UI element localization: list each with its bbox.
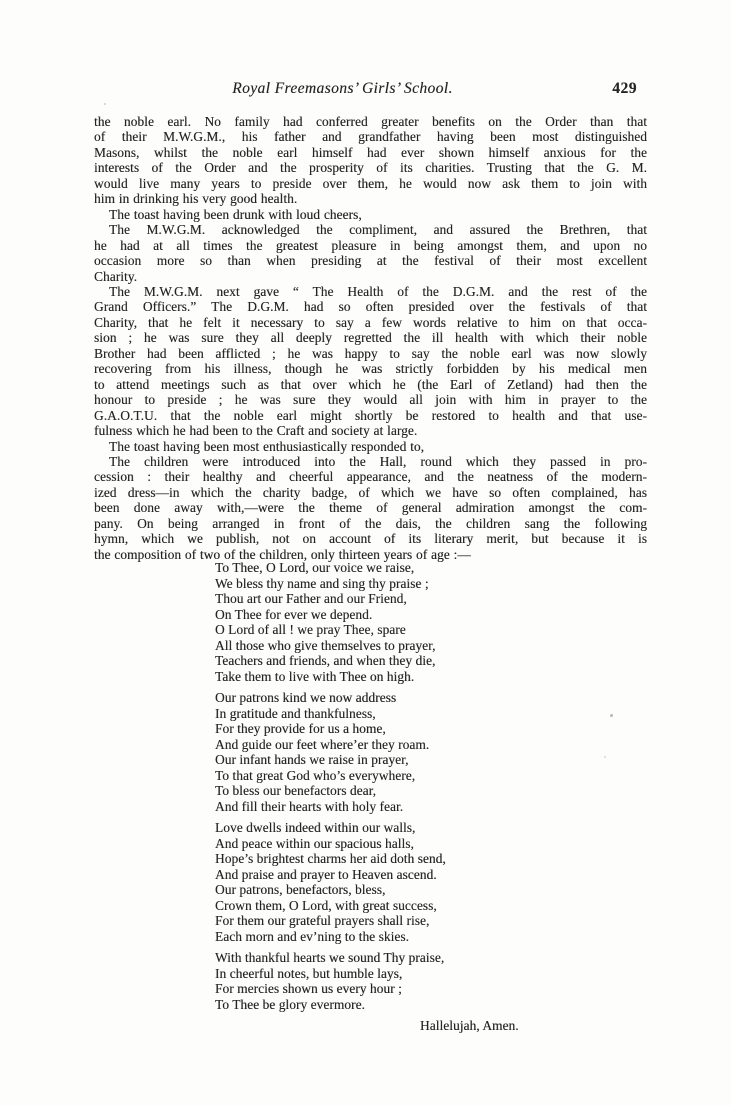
ink-speck [104, 103, 106, 105]
text-line: The toast having been most enthusiastica… [94, 439, 647, 454]
hymn-line: Our infant hands we raise in prayer, [215, 752, 635, 768]
hymn-line: Teachers and friends, and when they die, [215, 653, 635, 669]
hymn-line: All those who give themselves to prayer, [215, 638, 635, 654]
text-line: been done away with,—were the theme of g… [94, 500, 647, 515]
text-line: ized dress—in which the charity badge, o… [94, 485, 647, 500]
paragraph: The toast having been most enthusiastica… [94, 439, 647, 454]
text-line: he had at all times the greatest pleasur… [94, 238, 647, 253]
hymn-line: On Thee for ever we depend. [215, 607, 635, 623]
hymn-line: Hope’s brightest charms her aid doth sen… [215, 851, 635, 867]
text-line: sion ; he was sure they all deeply regre… [94, 330, 647, 345]
text-line: Charity, that he felt it necessary to sa… [94, 315, 647, 330]
text-line: to attend meetings such as that over whi… [94, 377, 647, 392]
text-line: occasion more so than when presiding at … [94, 253, 647, 268]
text-line: of their M.W.G.M., his father and grandf… [94, 129, 647, 144]
text-line: cession : their healthy and cheerful app… [94, 469, 647, 484]
hymn-line: With thankful hearts we sound Thy praise… [215, 950, 635, 966]
text-line: fulness which he had been to the Craft a… [94, 423, 647, 438]
hymn-line: To Thee, O Lord, our voice we raise, [215, 560, 635, 576]
hymn-line: Love dwells indeed within our walls, [215, 820, 635, 836]
text-line: Grand Officers.” The D.G.M. had so often… [94, 299, 647, 314]
hymn-stanza: Our patrons kind we now addressIn gratit… [215, 690, 635, 814]
paragraph: The M.W.G.M. acknowledged the compliment… [94, 222, 647, 284]
text-line: The toast having been drunk with loud ch… [94, 207, 647, 222]
hymn-closing: Hallelujah, Amen. [420, 1018, 635, 1034]
running-header-title: Royal Freemasons’ Girls’ School. [232, 80, 453, 98]
text-line: honour to preside ; he was sure they wou… [94, 392, 647, 407]
hymn-line: Take them to live with Thee on high. [215, 669, 635, 685]
hymn-line: In cheerful notes, but humble lays, [215, 966, 635, 982]
page-number: 429 [612, 80, 637, 98]
ink-speck [610, 714, 613, 717]
book-page: Royal Freemasons’ Girls’ School. 429 the… [0, 0, 731, 1106]
paragraph: The toast having been drunk with loud ch… [94, 207, 647, 222]
ink-speck [604, 756, 606, 758]
hymn-stanza: To Thee, O Lord, our voice we raise,We b… [215, 560, 635, 684]
hymn-line: Our patrons kind we now address [215, 690, 635, 706]
hymn-stanza: Love dwells indeed within our walls,And … [215, 820, 635, 944]
hymn-line: To Thee be glory evermore. [215, 997, 635, 1013]
hymn-line: Each morn and ev’ning to the skies. [215, 929, 635, 945]
running-header: Royal Freemasons’ Girls’ School. 429 [94, 80, 647, 100]
text-line: Brother had been afflicted ; he was happ… [94, 346, 647, 361]
hymn-line: In gratitude and thankfulness, [215, 706, 635, 722]
article-body: the noble earl. No family had conferred … [94, 114, 647, 562]
hymn-line: To that great God who’s everywhere, [215, 768, 635, 784]
paragraph: the noble earl. No family had conferred … [94, 114, 647, 207]
text-line: The M.W.G.M. next gave “ The Health of t… [94, 284, 647, 299]
hymn-line: To bless our benefactors dear, [215, 783, 635, 799]
hymn-line: Our patrons, benefactors, bless, [215, 882, 635, 898]
hymn-block: To Thee, O Lord, our voice we raise,We b… [215, 560, 635, 1034]
text-line: interests of the Order and the prosperit… [94, 160, 647, 175]
paragraph: The children were introduced into the Ha… [94, 454, 647, 562]
hymn-line: And guide our feet where’er they roam. [215, 737, 635, 753]
text-line: the noble earl. No family had conferred … [94, 114, 647, 129]
hymn-line: We bless thy name and sing thy praise ; [215, 576, 635, 592]
hymn-stanza: With thankful hearts we sound Thy praise… [215, 950, 635, 1012]
text-line: The M.W.G.M. acknowledged the compliment… [94, 222, 647, 237]
hymn-stanzas: To Thee, O Lord, our voice we raise,We b… [215, 560, 635, 1012]
hymn-line: O Lord of all ! we pray Thee, spare [215, 622, 635, 638]
text-line: recovering from his illness, though he w… [94, 361, 647, 376]
hymn-line: And fill their hearts with holy fear. [215, 799, 635, 815]
text-line: would live many years to preside over th… [94, 176, 647, 191]
text-line: Charity. [94, 269, 647, 284]
text-line: G.A.O.T.U. that the noble earl might sho… [94, 408, 647, 423]
text-line: him in drinking his very good health. [94, 191, 647, 206]
hymn-line: For them our grateful prayers shall rise… [215, 913, 635, 929]
hymn-line: And peace within our spacious halls, [215, 836, 635, 852]
text-line: pany. On being arranged in front of the … [94, 516, 647, 531]
hymn-line: For mercies shown us every hour ; [215, 981, 635, 997]
hymn-line: Crown them, O Lord, with great success, [215, 898, 635, 914]
hymn-line: And praise and prayer to Heaven ascend. [215, 867, 635, 883]
text-line: hymn, which we publish, not on account o… [94, 531, 647, 546]
hymn-line: For they provide for us a home, [215, 721, 635, 737]
text-line: Masons, whilst the noble earl himself ha… [94, 145, 647, 160]
paragraph: The M.W.G.M. next gave “ The Health of t… [94, 284, 647, 439]
text-line: The children were introduced into the Ha… [94, 454, 647, 469]
hymn-line: Thou art our Father and our Friend, [215, 591, 635, 607]
